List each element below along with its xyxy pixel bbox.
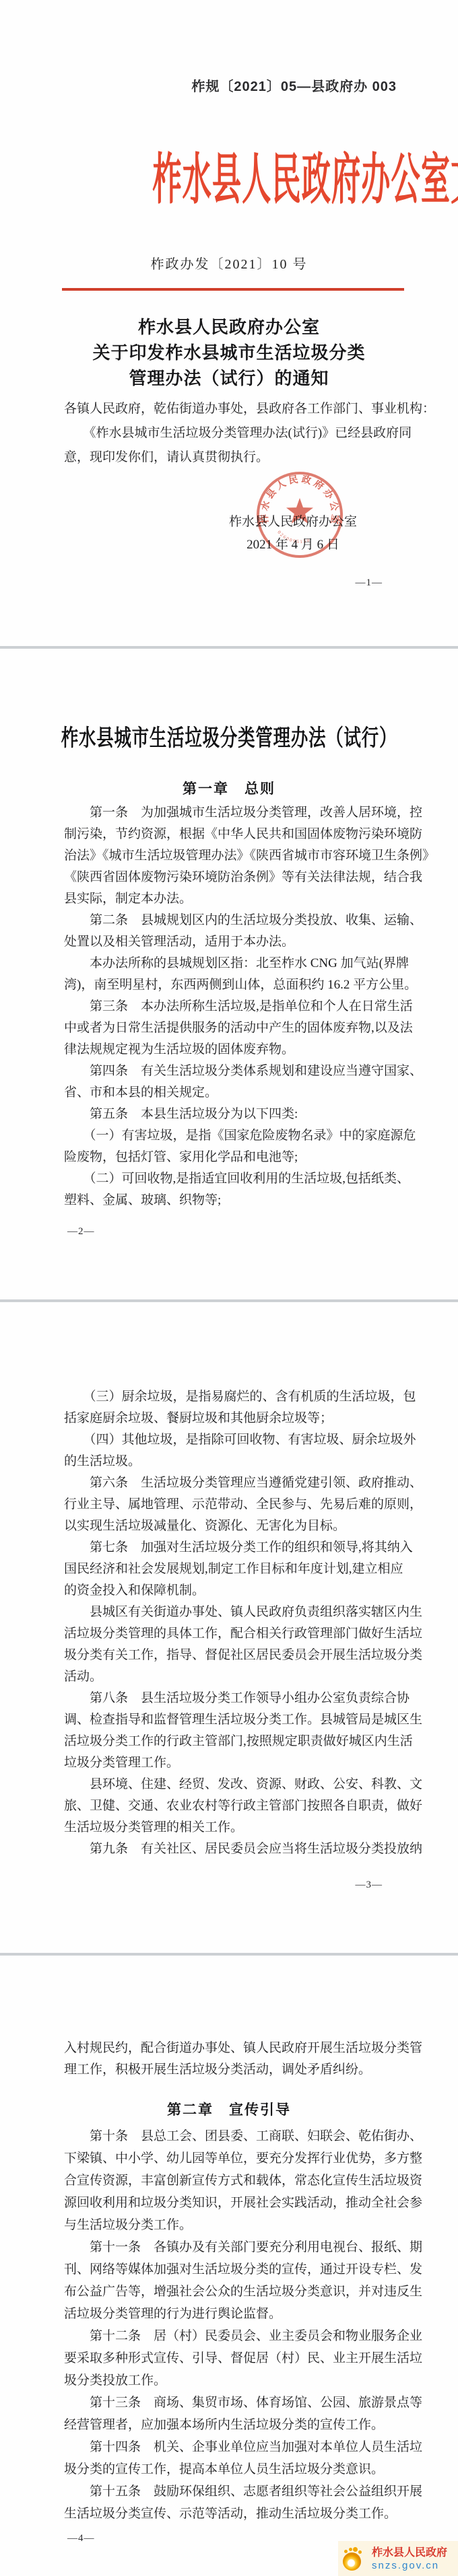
- body-line: 圾分类投放工作。: [64, 2369, 421, 2392]
- body-line: 第十一条 各镇办及有关部门要充分利用电视台、报纸、期: [64, 2236, 421, 2258]
- body-line: 第十四条 机关、企事业单位应当加强对本单位人员生活垃: [64, 2436, 421, 2458]
- body-line: 要采取多种形式宣传、引导、督促居（村）民、业主开展生活垃: [64, 2347, 421, 2369]
- body-line: 刊、网络等媒体加强对生活垃圾分类的宣传，通过开设专栏、发: [64, 2258, 421, 2281]
- body-line: 第十三条 商场、集贸市场、体育场馆、公园、旅游景点等: [64, 2392, 421, 2414]
- body-line: 的资金投入和保障机制。: [64, 1580, 421, 1602]
- body-line: 布公益广告等，增强社会公众的生活垃圾分类意识，并对违反生: [64, 2281, 421, 2303]
- body-line: 第五条 本县生活垃圾分为以下四类:: [64, 1104, 421, 1125]
- footprint-pad: [343, 2552, 361, 2571]
- government-site-url: snzs.gov.cn: [372, 2560, 447, 2571]
- body-line: 第一条 为加强城市生活垃圾分类管理，改善人居环境，控: [64, 802, 421, 824]
- body-line: 第六条 生活垃圾分类管理应当遵循党建引领、政府推动、: [64, 1472, 421, 1494]
- body-line: 入村规民约，配合街道办事处、镇人民政府开展生活垃圾分类管: [64, 2038, 421, 2059]
- notice-body: 各镇人民政府，乾佑街道办事处，县政府各工作部门、事业机构： 《柞水县城市生活垃圾…: [64, 397, 416, 470]
- body-line: 圾分类的宣传工作，提高本单位人员生活垃圾分类意识。: [64, 2458, 421, 2480]
- body-line: 合宣传资源，丰富创新宣传方式和载体，常态化宣传生活垃圾资: [64, 2170, 421, 2192]
- document-number: 柞政办发〔2021〕10 号: [0, 253, 458, 273]
- red-divider-line: [62, 288, 404, 291]
- page-3: （三）厨余垃圾，是指易腐烂的、含有机质的生活垃圾，包括家庭厨余垃圾、餐厨垃圾和其…: [0, 1302, 458, 1953]
- body-line: 本办法所称的县城规划区指：北至柞水 CNG 加气站(界牌: [64, 953, 421, 974]
- body-line: 县环境、住建、经贸、发改、资源、财政、公安、科教、文: [64, 1774, 421, 1795]
- body-line: 中或者为日常生活提供服务的活动中产生的固体废弃物,以及法: [64, 1017, 421, 1039]
- body-line: 第二条 县城规划区内的生活垃圾分类投放、收集、运输、: [64, 910, 421, 931]
- notice-title-line: 管理办法（试行）的通知: [0, 366, 458, 392]
- measures-title: 柞水县城市生活垃圾分类管理办法（试行）: [0, 724, 458, 754]
- body-line: （四）其他垃圾，是指除可回收物、有害垃圾、厨余垃圾外: [64, 1429, 421, 1451]
- chapter-1-heading: 第一章 总则: [0, 778, 458, 798]
- page-4-opening-text: 入村规民约，配合街道办事处、镇人民政府开展生活垃圾分类管理工作，积极开展生活垃圾…: [64, 2038, 421, 2081]
- body-line: 《陕西省固体废物污染环境防治条例》等有关法律法规，结合我: [64, 867, 421, 888]
- body-line: 制污染，节约资源，根据《中华人民共和国固体废物污染环境防: [64, 824, 421, 845]
- page-number: —4—: [67, 2533, 95, 2544]
- body-line: 生活垃圾分类管理的相关工作。: [64, 1817, 421, 1838]
- body-line: 第四条 有关生活垃圾分类体系规划和建设应当遵守国家、: [64, 1061, 421, 1082]
- official-seal-stamp: 柞水县人民政府办公室 0260095130: [255, 470, 345, 560]
- body-line: 括家庭厨余垃圾、餐厨垃圾和其他厨余垃圾等；: [64, 1408, 421, 1429]
- body-line: 第九条 有关社区、居民委员会应当将生活垃圾分类投放纳: [64, 1838, 421, 1860]
- body-line: 意，现印发你们，请认真贯彻执行。: [64, 445, 416, 470]
- body-line: 第十二条 居（村）民委员会、业主委员会和物业服务企业: [64, 2325, 421, 2347]
- body-line: 第十五条 鼓励环保组织、志愿者组织等社会公益组织开展: [64, 2480, 421, 2503]
- watermark-text: 柞水县人民政府 snzs.gov.cn: [372, 2547, 447, 2571]
- body-line: 律法规规定视为生活垃圾的固体废弃物。: [64, 1039, 421, 1061]
- body-line: 的生活垃圾。: [64, 1451, 421, 1472]
- body-line: 险废物，包括灯管、家用化学品和电池等;: [64, 1147, 421, 1168]
- masthead-text: 柞水县人民政府办公室文件: [152, 150, 458, 211]
- site-watermark: 柞水县人民政府 snzs.gov.cn: [338, 2541, 458, 2576]
- measures-title-text: 柞水县城市生活垃圾分类管理办法（试行）: [61, 723, 397, 754]
- body-line: 第八条 县生活垃圾分类工作领导小组办公室负责综合协: [64, 1688, 421, 1709]
- body-line: 源回收利用和垃圾分类知识，开展社会实践活动，推动全社会参: [64, 2192, 421, 2214]
- document-scan: 柞规〔2021〕05—县政府办 003 柞水县人民政府办公室文件 柞政办发〔20…: [0, 0, 458, 2576]
- page-3-text: （三）厨余垃圾，是指易腐烂的、含有机质的生活垃圾，包括家庭厨余垃圾、餐厨垃圾和其…: [64, 1386, 421, 1860]
- government-name: 柞水县人民政府: [372, 2547, 447, 2559]
- seal-star-icon: [286, 498, 313, 524]
- seal-code-text: 0260095130: [276, 530, 311, 544]
- body-line: 县城区有关街道办事处、镇人民政府负责组织落实辖区内生: [64, 1602, 421, 1623]
- page-number: —2—: [67, 1226, 95, 1238]
- page-2-text: 第一条 为加强城市生活垃圾分类管理，改善人居环境，控制污染，节约资源，根据《中华…: [64, 802, 421, 1211]
- body-line: 塑料、金属、玻璃、织物等;: [64, 1190, 421, 1211]
- page-number: —1—: [356, 577, 383, 589]
- notice-title: 柞水县人民政府办公室关于印发柞水县城市生活垃圾分类管理办法（试行）的通知: [0, 315, 458, 392]
- body-line: （一）有害垃圾，是指《国家危险废物名录》中的家庭源危: [64, 1125, 421, 1147]
- body-line: 圾分类有关工作，指导、督促社区居民委员会开展生活垃圾分类: [64, 1645, 421, 1666]
- body-line: 旅、卫健、交通、农业农村等行政主管部门按照各自职责，做好: [64, 1795, 421, 1817]
- notice-title-line: 柞水县人民政府办公室: [0, 315, 458, 341]
- body-line: 下梁镇、中小学、幼儿园等单位，要充分发挥行业优势，多方整: [64, 2147, 421, 2170]
- body-line: 第十条 县总工会、团县委、工商联、妇联会、乾佑街办、: [64, 2125, 421, 2147]
- body-line: 活垃圾分类工作的行政主管部门,按照规定职责做好城区内生活: [64, 1731, 421, 1752]
- body-line: 调、检查指导和监督管理生活垃圾分类工作。县城管局是城区生: [64, 1709, 421, 1731]
- body-line: （三）厨余垃圾，是指易腐烂的、含有机质的生活垃圾，包: [64, 1386, 421, 1408]
- page-1: 柞规〔2021〕05—县政府办 003 柞水县人民政府办公室文件 柞政办发〔20…: [0, 0, 458, 646]
- footprint-logo-icon: [342, 2547, 366, 2571]
- body-line: 活垃圾分类管理的具体工作，配合相关行政管理部门做好生活垃: [64, 1623, 421, 1645]
- page-4-text: 第十条 县总工会、团县委、工商联、妇联会、乾佑街办、下梁镇、中小学、幼儿园等单位…: [64, 2125, 421, 2525]
- footprint-toes: [344, 2550, 348, 2553]
- chapter-2-heading: 第二章 宣传引导: [0, 2099, 458, 2119]
- body-line: 第七条 加强对生活垃圾分类工作的组织和领导,将其纳入: [64, 1537, 421, 1559]
- body-line: 活垃圾分类管理的行为进行舆论监督。: [64, 2303, 421, 2325]
- body-line: 活动。: [64, 1666, 421, 1688]
- body-line: 以实现生活垃圾减量化、资源化、无害化为目标。: [64, 1515, 421, 1537]
- body-line: 《柞水县城市生活垃圾分类管理办法(试行)》已经县政府同: [64, 421, 416, 445]
- body-line: 理工作，积极开展生活垃圾分类活动，调处矛盾纠纷。: [64, 2059, 421, 2081]
- body-line: 国民经济和社会发展规划,制定工作目标和年度计划,建立相应: [64, 1559, 421, 1580]
- body-line: 湾)，南至明星村，东西两侧到山体，总面积约 16.2 平方公里。: [64, 974, 421, 996]
- notice-title-line: 关于印发柞水县城市生活垃圾分类: [0, 341, 458, 366]
- body-line: 经营管理者，应加强本场所内生活垃圾分类的宣传工作。: [64, 2414, 421, 2436]
- body-line: 生活垃圾分类宣传、示范等活动，推动生活垃圾分类工作。: [64, 2503, 421, 2525]
- body-line: （二）可回收物,是指适宜回收利用的生活垃圾,包括纸类、: [64, 1168, 421, 1190]
- page-2: 柞水县城市生活垃圾分类管理办法（试行） 第一章 总则 第一条 为加强城市生活垃圾…: [0, 649, 458, 1299]
- body-line: 治法》《城市生活垃圾管理办法》《陕西省城市市容环境卫生条例》: [64, 845, 421, 867]
- body-line: 各镇人民政府，乾佑街道办事处，县政府各工作部门、事业机构：: [64, 397, 416, 421]
- regulation-code: 柞规〔2021〕05—县政府办 003: [191, 75, 397, 95]
- body-line: 县实际，制定本办法。: [64, 888, 421, 910]
- body-line: 省、市和本县的相关规定。: [64, 1082, 421, 1104]
- body-line: 行业主导、属地管理、示范带动、全民参与、先易后难的原则，: [64, 1494, 421, 1515]
- body-line: 与生活垃圾分类工作。: [64, 2214, 421, 2236]
- body-line: 处置以及相关管理活动，适用于本办法。: [64, 931, 421, 953]
- masthead-title: 柞水县人民政府办公室文件: [0, 151, 458, 211]
- page-number: —3—: [356, 1880, 383, 1891]
- body-line: 第三条 本办法所称生活垃圾,是指单位和个人在日常生活: [64, 996, 421, 1017]
- body-line: 垃圾分类管理工作。: [64, 1752, 421, 1774]
- page-4: 入村规民约，配合街道办事处、镇人民政府开展生活垃圾分类管理工作，积极开展生活垃圾…: [0, 1956, 458, 2576]
